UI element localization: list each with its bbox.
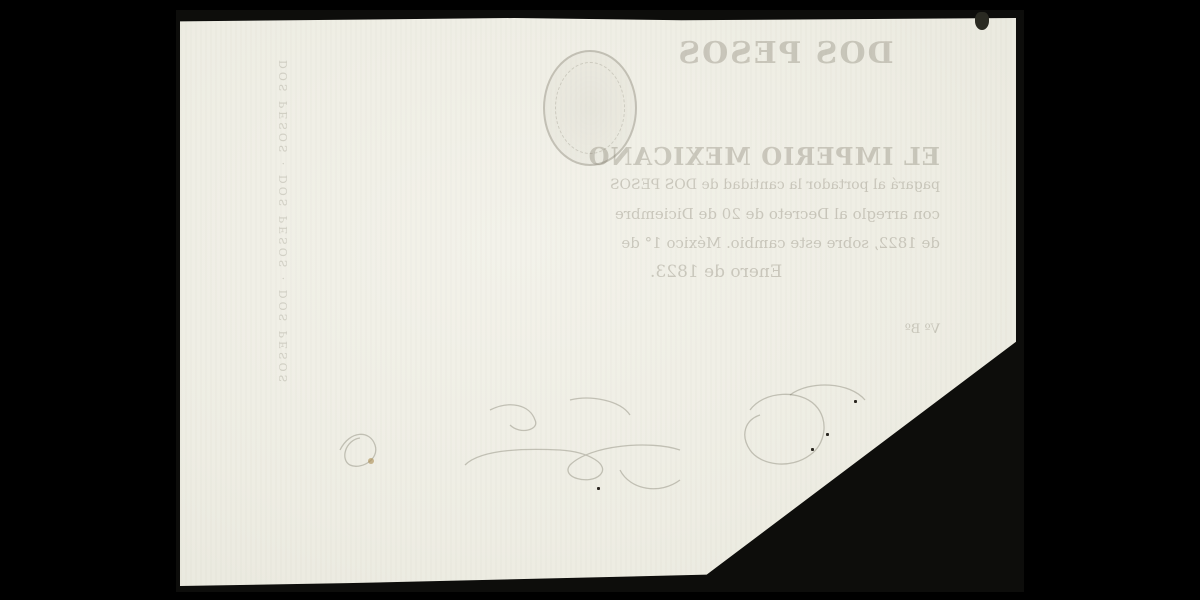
ink-dot <box>826 433 829 436</box>
note-line-2: con arreglo al Decreto de 20 de Diciembr… <box>650 200 940 229</box>
left-vertical-text: DOS PESOS · DOS PESOS · DOS PESOS <box>277 60 299 480</box>
note-line-3: de 1822, sobre este cambio. México 1° de <box>650 229 940 258</box>
note-title-line: EL IMPERIO MEXICANO <box>650 142 940 171</box>
flourish-center-icon <box>465 445 680 480</box>
note-line-1: pagará al portador la cantidad de DOS PE… <box>650 171 940 200</box>
flourish-right-icon <box>745 394 824 464</box>
note-body-text: EL IMPERIO MEXICANO pagará al portador l… <box>650 142 940 287</box>
ink-dot <box>854 400 857 403</box>
ink-dot <box>811 448 814 451</box>
foxing-spot <box>368 458 374 464</box>
seal-inner-ring <box>555 62 625 154</box>
note-sub-line: Vº Bº <box>740 322 940 337</box>
header-text: DOS PESOS <box>640 36 930 71</box>
note-line-4: Enero de 1823. <box>650 258 940 287</box>
ink-dot <box>597 487 600 490</box>
signature-flourishes <box>320 370 900 510</box>
tear-mark <box>975 12 989 30</box>
